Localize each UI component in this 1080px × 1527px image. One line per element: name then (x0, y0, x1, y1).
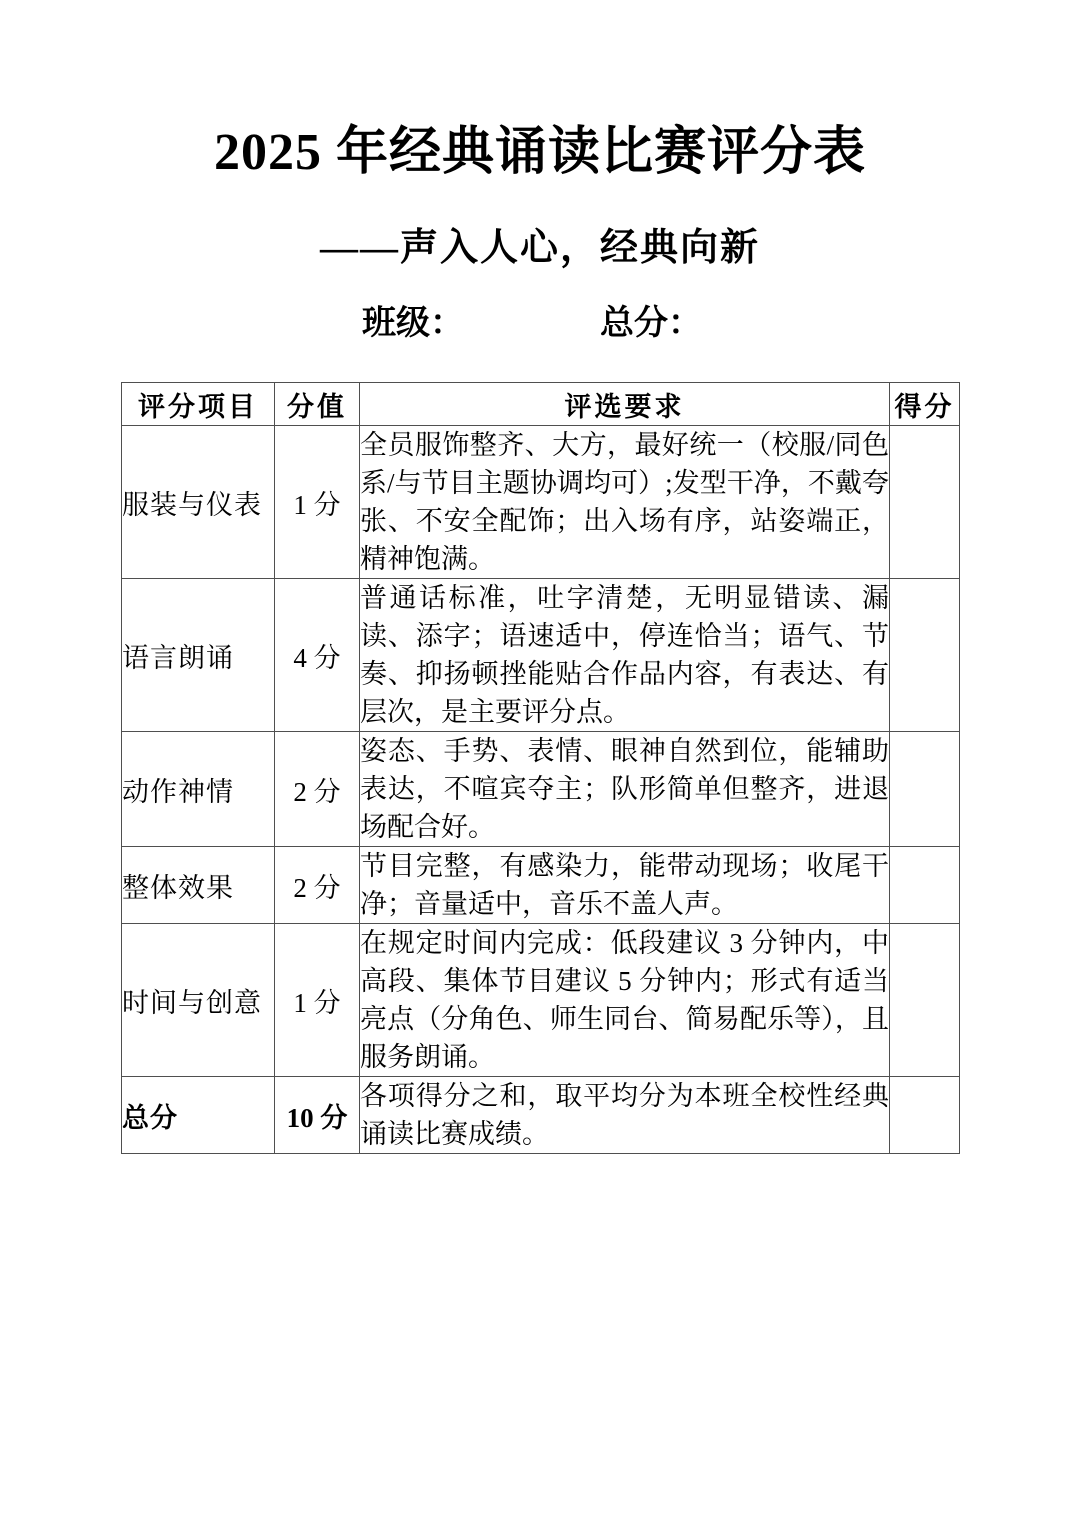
item-cell: 整体效果 (122, 847, 275, 924)
page-subtitle: ——声入人心，经典向新 (0, 224, 1080, 272)
points-cell: 10 分 (275, 1077, 360, 1154)
item-cell: 服装与仪表 (122, 426, 275, 579)
criteria-cell: 普通话标准，吐字清楚，无明显错读、漏读、添字；语速适中，停连恰当；语气、节奏、抑… (360, 579, 890, 732)
earned-score-cell (890, 579, 960, 732)
earned-score-cell (890, 732, 960, 847)
points-cell: 1 分 (275, 426, 360, 579)
total-score-label: 总分： (600, 302, 702, 346)
item-cell: 动作神情 (122, 732, 275, 847)
points-cell: 1 分 (275, 924, 360, 1077)
fields-row: 班级： 总分： (362, 302, 1080, 346)
table-row-overall: 整体效果 2 分 节目完整，有感染力，能带动现场；收尾干净；音量适中，音乐不盖人… (122, 847, 960, 924)
table-header-row: 评分项目 分值 评选要求 得分 (122, 383, 960, 426)
table-row-time-creativity: 时间与创意 1 分 在规定时间内完成：低段建议 3 分钟内，中高段、集体节目建议… (122, 924, 960, 1077)
page-title: 2025 年经典诵读比赛评分表 (0, 0, 1080, 190)
criteria-cell: 节目完整，有感染力，能带动现场；收尾干净；音量适中，音乐不盖人声。 (360, 847, 890, 924)
points-cell: 2 分 (275, 847, 360, 924)
scoring-table: 评分项目 分值 评选要求 得分 服装与仪表 1 分 全员服饰整齐、大方，最好统一… (121, 382, 960, 1154)
col-header-points: 分值 (275, 383, 360, 426)
col-header-criteria: 评选要求 (360, 383, 890, 426)
document-page: 2025 年经典诵读比赛评分表 ——声入人心，经典向新 班级： 总分： 评分项目… (0, 0, 1080, 1527)
criteria-cell: 姿态、手势、表情、眼神自然到位，能辅助表达，不喧宾夺主；队形简单但整齐，进退场配… (360, 732, 890, 847)
item-cell: 总分 (122, 1077, 275, 1154)
col-header-earned: 得分 (890, 383, 960, 426)
points-cell: 2 分 (275, 732, 360, 847)
earned-score-cell (890, 426, 960, 579)
item-cell: 时间与创意 (122, 924, 275, 1077)
earned-score-cell (890, 1077, 960, 1154)
table-row-attire: 服装与仪表 1 分 全员服饰整齐、大方，最好统一（校服/同色系/与节目主题协调均… (122, 426, 960, 579)
table-row-expression: 动作神情 2 分 姿态、手势、表情、眼神自然到位，能辅助表达，不喧宾夺主；队形简… (122, 732, 960, 847)
table-row-language: 语言朗诵 4 分 普通话标准，吐字清楚，无明显错读、漏读、添字；语速适中，停连恰… (122, 579, 960, 732)
col-header-item: 评分项目 (122, 383, 275, 426)
points-cell: 4 分 (275, 579, 360, 732)
criteria-cell: 各项得分之和，取平均分为本班全校性经典诵读比赛成绩。 (360, 1077, 890, 1154)
item-cell: 语言朗诵 (122, 579, 275, 732)
criteria-cell: 在规定时间内完成：低段建议 3 分钟内，中高段、集体节目建议 5 分钟内；形式有… (360, 924, 890, 1077)
class-label: 班级： (362, 302, 464, 346)
earned-score-cell (890, 847, 960, 924)
criteria-cell: 全员服饰整齐、大方，最好统一（校服/同色系/与节目主题协调均可）;发型干净，不戴… (360, 426, 890, 579)
table-row-total: 总分 10 分 各项得分之和，取平均分为本班全校性经典诵读比赛成绩。 (122, 1077, 960, 1154)
earned-score-cell (890, 924, 960, 1077)
